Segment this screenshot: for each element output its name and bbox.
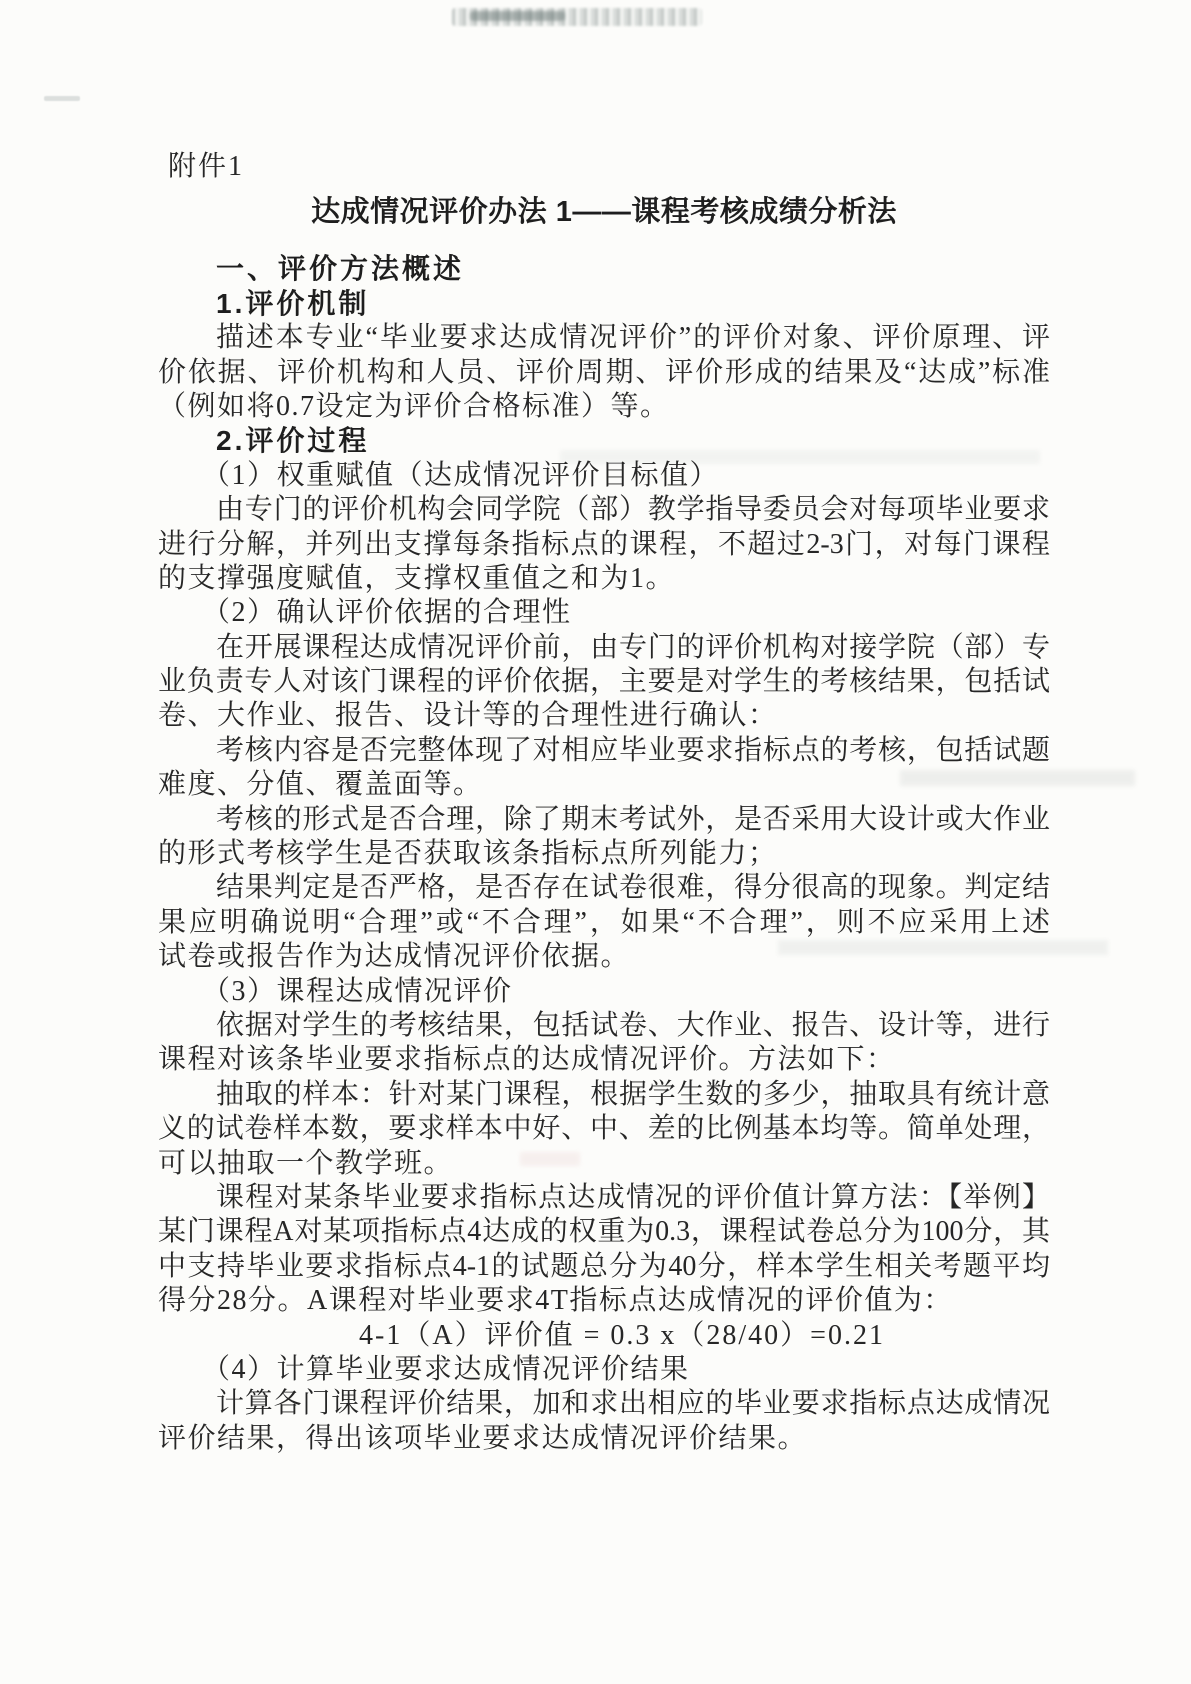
text-line: 得分28分。A课程对毕业要求4T指标点达成情况的评价值为： xyxy=(158,1284,1050,1318)
text-line: 依据对学生的考核结果，包括试卷、大作业、报告、设计等，进行 xyxy=(158,1009,1050,1043)
text-line: 评价结果，得出该项毕业要求达成情况评价结果。 xyxy=(158,1422,1050,1456)
subsection-heading: （3）课程达成情况评价 xyxy=(158,975,1050,1009)
text-line: 课程对某条毕业要求指标点达成情况的评价值计算方法：【举例】 xyxy=(158,1181,1050,1215)
text-line: 义的试卷样本数，要求样本中好、中、差的比例基本均等。简单处理， xyxy=(158,1112,1050,1146)
section-heading: 2.评价过程 xyxy=(158,424,1050,458)
text-line: 业负责专人对该门课程的评价依据，主要是对学生的考核结果，包括试 xyxy=(158,665,1050,699)
scan-artifact-top-smudge xyxy=(452,8,702,26)
text-line: 描述本专业“毕业要求达成情况评价”的评价对象、评价原理、评 xyxy=(158,321,1050,355)
scan-artifact-left-dash xyxy=(44,96,80,101)
text-line: 价依据、评价机构和人员、评价周期、评价形成的结果及“达成”标准 xyxy=(158,356,1050,390)
text-line: 考核的形式是否合理，除了期末考试外，是否采用大设计或大作业 xyxy=(158,803,1050,837)
formula-line: 4-1（A）评价值 = 0.3 x（28/40）=0.21 xyxy=(158,1319,1050,1353)
text-line: 计算各门课程评价结果，加和求出相应的毕业要求指标点达成情况 xyxy=(158,1387,1050,1421)
text-line: 进行分解，并列出支撑每条指标点的课程，不超过2-3门，对每门课程 xyxy=(158,528,1050,562)
subsection-heading: （2）确认评价依据的合理性 xyxy=(158,596,1050,630)
text-line: 可以抽取一个教学班。 xyxy=(158,1147,1050,1181)
text-line: 课程对该条毕业要求指标点的达成情况评价。方法如下： xyxy=(158,1043,1050,1077)
text-line: （例如将0.7设定为评价合格标准）等。 xyxy=(158,390,1050,424)
document-title: 达成情况评价办法 1——课程考核成绩分析法 xyxy=(158,190,1050,234)
text-line: 由专门的评价机构会同学院（部）教学指导委员会对每项毕业要求 xyxy=(158,493,1050,527)
section-heading: 1.评价机制 xyxy=(158,287,1050,321)
text-line: 卷、大作业、报告、设计等的合理性进行确认： xyxy=(158,699,1050,733)
text-line: 果应明确说明“合理”或“不合理”，如果“不合理”，则不应采用上述 xyxy=(158,906,1050,940)
document-lines: 一、评价方法概述1.评价机制描述本专业“毕业要求达成情况评价”的评价对象、评价原… xyxy=(158,252,1050,1456)
section-heading: 一、评价方法概述 xyxy=(158,252,1050,286)
text-line: 结果判定是否严格，是否存在试卷很难，得分很高的现象。判定结 xyxy=(158,871,1050,905)
attachment-label: 附件1 xyxy=(158,150,1050,184)
text-line: 试卷或报告作为达成情况评价依据。 xyxy=(158,940,1050,974)
scan-artifact-top-smudge xyxy=(470,11,565,21)
text-line: 抽取的样本：针对某门课程，根据学生数的多少，抽取具有统计意 xyxy=(158,1078,1050,1112)
text-line: 某门课程A对某项指标点4达成的权重为0.3，课程试卷总分为100分，其 xyxy=(158,1215,1050,1249)
text-line: 中支持毕业要求指标点4-1的试题总分为40分，样本学生相关考题平均 xyxy=(158,1250,1050,1284)
text-line: 的支撑强度赋值，支撑权重值之和为1。 xyxy=(158,562,1050,596)
subsection-heading: （4）计算毕业要求达成情况评价结果 xyxy=(158,1353,1050,1387)
text-line: 考核内容是否完整体现了对相应毕业要求指标点的考核，包括试题 xyxy=(158,734,1050,768)
document-content: 附件1 达成情况评价办法 1——课程考核成绩分析法 一、评价方法概述1.评价机制… xyxy=(158,150,1050,1456)
text-line: 难度、分值、覆盖面等。 xyxy=(158,768,1050,802)
text-line: 的形式考核学生是否获取该条指标点所列能力； xyxy=(158,837,1050,871)
scanned-document-page: 附件1 达成情况评价办法 1——课程考核成绩分析法 一、评价方法概述1.评价机制… xyxy=(0,0,1191,1684)
text-line: 在开展课程达成情况评价前，由专门的评价机构对接学院（部）专 xyxy=(158,631,1050,665)
subsection-heading: （1）权重赋值（达成情况评价目标值） xyxy=(158,459,1050,493)
